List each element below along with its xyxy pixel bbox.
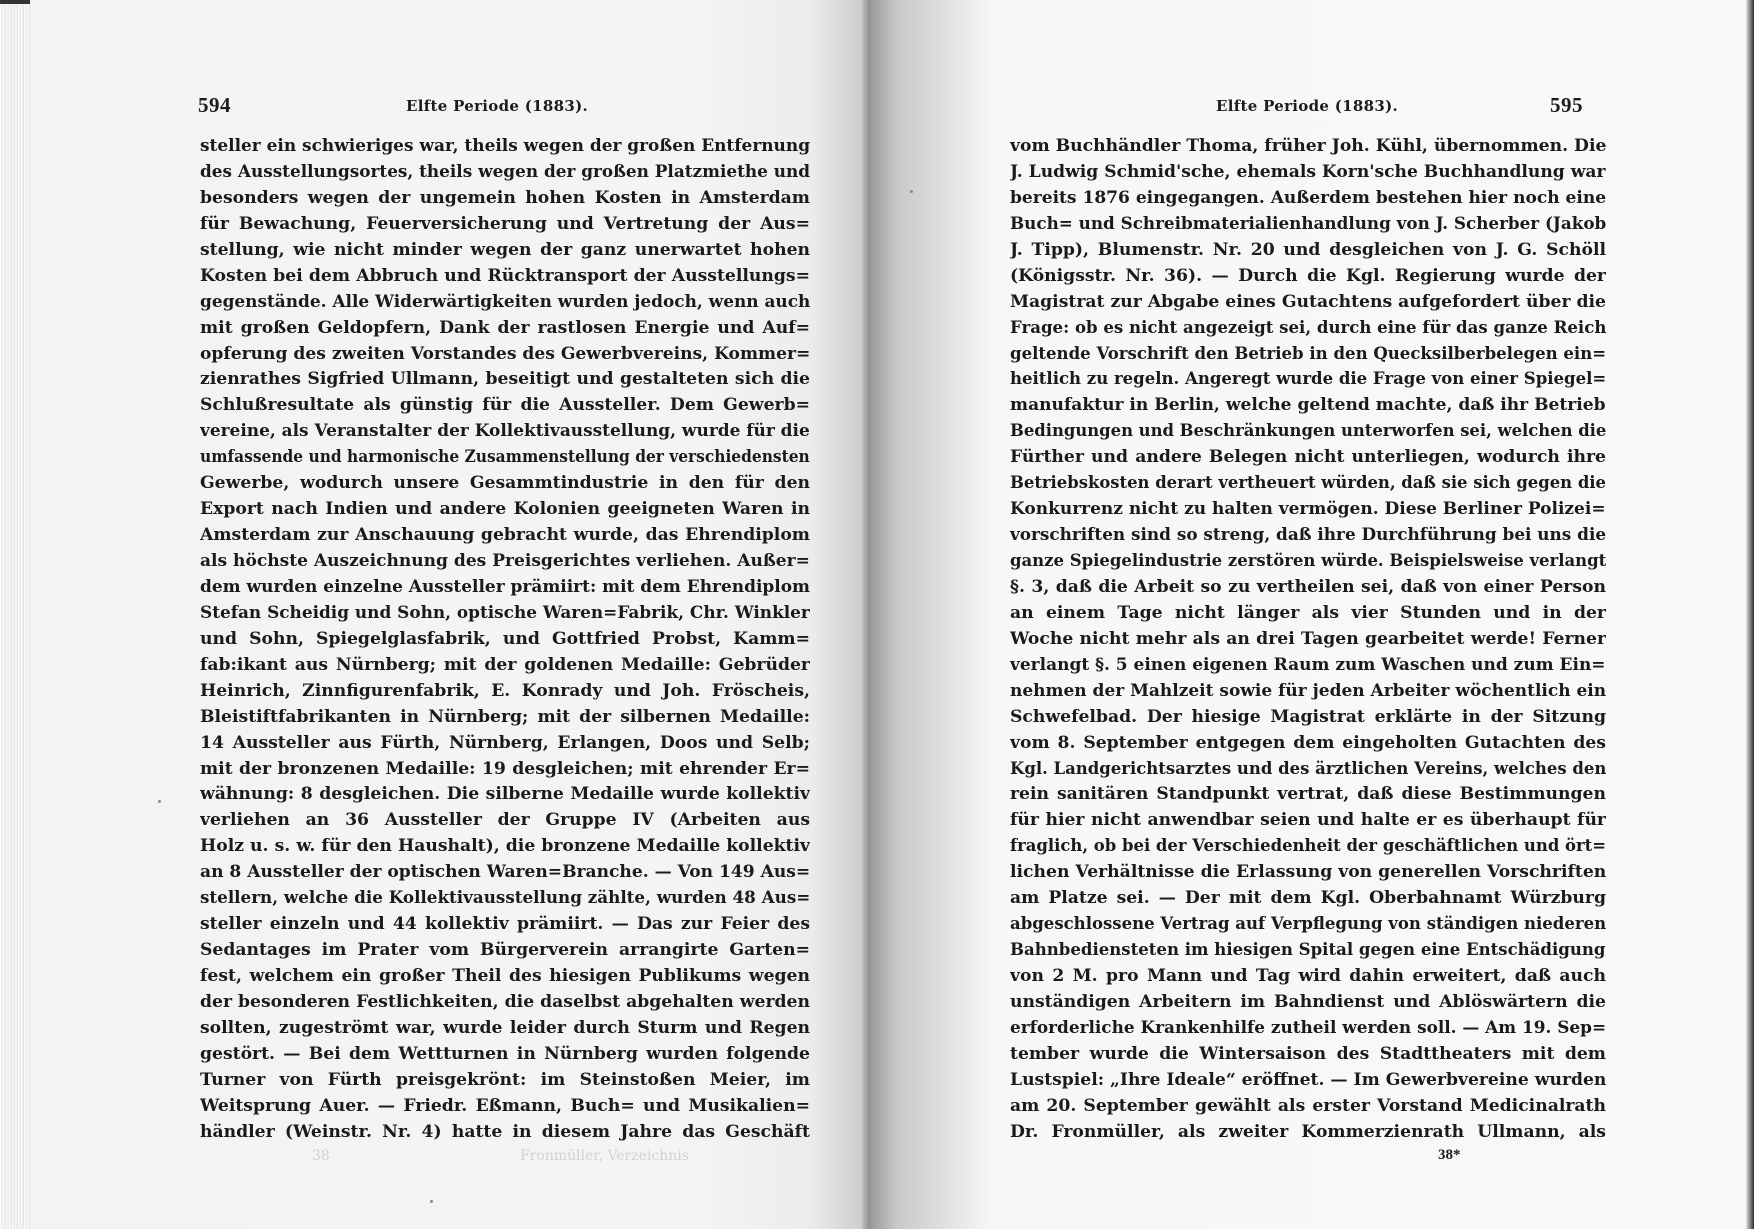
left-running-head: Elfte Periode (1883). [406,96,588,115]
text-line: vom 8. September entgegen dem eingeholte… [1010,731,1606,757]
text-line: Heinrich, Zinnfigurenfabrik, E. Konrady … [200,679,810,705]
text-line: erforderliche Krankenhilfe zutheil werde… [1010,1016,1606,1042]
text-line: Bleistiftfabrikanten in Nürnberg; mit de… [200,705,810,731]
text-line: Frage: ob es nicht angezeigt sei, durch … [1010,316,1606,342]
text-line: Dr. Fronmüller, als zweiter Kommerzienra… [1010,1120,1606,1146]
text-line: fraglich, ob bei der Verschiedenheit der… [1010,834,1606,860]
text-line: besonders wegen der ungemein hohen Koste… [200,186,810,212]
text-line: umfassende und harmonische Zusammenstell… [200,445,810,471]
text-line: vom Buchhändler Thoma, früher Joh. Kühl,… [1010,134,1606,160]
text-line: wähnung: 8 desgleichen. Die silberne Med… [200,782,810,808]
text-line: Turner von Fürth preisgekrönt: im Steins… [200,1068,810,1094]
right-running-head: Elfte Periode (1883). [1216,96,1398,115]
text-line: Holz u. s. w. für den Haushalt), die bro… [200,834,810,860]
bleed-through-mark: 38 [312,1148,330,1164]
text-line: mit der bronzenen Medaille: 19 desgleich… [200,757,810,783]
text-line: für Bewachung, Feuerversicherung und Ver… [200,212,810,238]
text-line: unständigen Arbeitern im Bahndienst und … [1010,990,1606,1016]
text-line: Lustspiel: „Ihre Ideale“ eröffnet. — Im … [1010,1068,1606,1094]
text-line: sollten, zugeströmt war, wurde leider du… [200,1016,810,1042]
text-line: Buch= und Schreibmaterialienhandlung von… [1010,212,1606,238]
paper-speck [430,1200,433,1203]
text-line: an einem Tage nicht länger als vier Stun… [1010,601,1606,627]
paper-speck [910,190,913,193]
text-line: und Sohn, Spiegelglasfabrik, und Gottfri… [200,627,810,653]
text-line: fab:ikant aus Nürnberg; mit der goldenen… [200,653,810,679]
text-line: Stefan Scheidig und Sohn, optische Waren… [200,601,810,627]
text-line: am 20. September gewählt als erster Vors… [1010,1094,1606,1120]
text-line: tember wurde die Wintersaison des Stadtt… [1010,1042,1606,1068]
text-line: Bedingungen und Beschränkungen unterworf… [1010,419,1606,445]
text-line: an 8 Aussteller der optischen Waren=Bran… [200,860,810,886]
text-line: Betriebskosten derart vertheuert würden,… [1010,471,1606,497]
text-line: lichen Verhältnisse die Erlassung von ge… [1010,860,1606,886]
bleed-through-text: Fronmüller, Verzeichnis [520,1148,689,1164]
text-line: von 2 M. pro Mann und Tag wird dahin erw… [1010,964,1606,990]
text-line: Sedantages im Prater vom Bürgerverein ar… [200,938,810,964]
text-line: 14 Aussteller aus Fürth, Nürnberg, Erlan… [200,731,810,757]
text-line: nehmen der Mahlzeit sowie für jeden Arbe… [1010,679,1606,705]
text-line: Fürther und andere Belegen nicht unterli… [1010,445,1606,471]
text-line: heitlich zu regeln. Angeregt wurde die F… [1010,367,1606,393]
text-line: (Königsstr. Nr. 36). — Durch die Kgl. Re… [1010,264,1606,290]
text-line: steller ein schwieriges war, theils wege… [200,134,810,160]
signature-mark: 38* [1438,1147,1461,1164]
text-line: gestört. — Bei dem Wettturnen in Nürnber… [200,1042,810,1068]
text-line: vereine, als Veranstalter der Kollektiva… [200,419,810,445]
text-line: als höchste Auszeichnung des Preisgerich… [200,549,810,575]
text-line: abgeschlossene Vertrag auf Verpflegung v… [1010,912,1606,938]
text-line: zienrathes Sigfried Ullmann, beseitigt u… [200,367,810,393]
text-line: Schwefelbad. Der hiesige Magistrat erklä… [1010,705,1606,731]
right-page: Elfte Periode (1883). 595 vom Buchhändle… [870,0,1746,1229]
page-stack-edge-right [1746,0,1754,1229]
text-line: §. 3, daß die Arbeit so zu vertheilen se… [1010,575,1606,601]
text-line: fest, welchem ein großer Theil des hiesi… [200,964,810,990]
text-line: Gewerbe, wodurch unsere Gesammtindustrie… [200,471,810,497]
text-line: händler (Weinstr. Nr. 4) hatte in diesem… [200,1120,810,1146]
text-line: der besonderen Festlichkeiten, die dasel… [200,990,810,1016]
text-line: J. Tipp), Blumenstr. Nr. 20 und desgleic… [1010,238,1606,264]
text-line: stellern, welche die Kollektivausstellun… [200,886,810,912]
text-line: stellung, wie nicht minder wegen der gan… [200,238,810,264]
text-line: gegenstände. Alle Widerwärtigkeiten wurd… [200,290,810,316]
text-line: geltende Vorschrift den Betrieb in den Q… [1010,342,1606,368]
text-line: vorschriften sind so streng, daß ihre Du… [1010,523,1606,549]
text-line: manufaktur in Berlin, welche geltend mac… [1010,393,1606,419]
text-line: Weitsprung Auer. — Friedr. Eßmann, Buch=… [200,1094,810,1120]
text-line: Kgl. Landgerichtsarztes und des ärztlich… [1010,757,1606,783]
text-line: für hier nicht anwendbar seien und halte… [1010,808,1606,834]
text-line: opferung des zweiten Vorstandes des Gewe… [200,342,810,368]
text-line: Kosten bei dem Abbruch und Rücktransport… [200,264,810,290]
text-line: ganze Spiegelindustrie zerstören würde. … [1010,549,1606,575]
text-line: Konkurrenz nicht zu halten vermögen. Die… [1010,497,1606,523]
text-line: Schlußresultate als günstig für die Auss… [200,393,810,419]
paper-speck [158,800,161,803]
text-line: verlangt §. 5 einen eigenen Raum zum Was… [1010,653,1606,679]
text-line: Woche nicht mehr als an drei Tagen gearb… [1010,627,1606,653]
text-line: Bahnbediensteten im hiesigen Spital gege… [1010,938,1606,964]
right-page-number: 595 [1550,93,1583,118]
page-stack-edge-left [0,0,30,1229]
text-line: Export nach Indien und andere Kolonien g… [200,497,810,523]
text-line: rein sanitären Standpunkt vertrat, daß d… [1010,782,1606,808]
text-line: verliehen an 36 Aussteller der Gruppe IV… [200,808,810,834]
text-line: am Platze sei. — Der mit dem Kgl. Oberba… [1010,886,1606,912]
book-spread: 594 Elfte Periode (1883). steller ein sc… [0,0,1754,1229]
text-line: mit großen Geldopfern, Dank der rastlose… [200,316,810,342]
text-line: Amsterdam zur Anschauung gebracht wurde,… [200,523,810,549]
text-line: bereits 1876 eingegangen. Außerdem beste… [1010,186,1606,212]
text-line: J. Ludwig Schmid'sche, ehemals Korn'sche… [1010,160,1606,186]
left-page: 594 Elfte Periode (1883). steller ein sc… [30,0,870,1229]
text-line: Magistrat zur Abgabe eines Gutachtens au… [1010,290,1606,316]
text-line: steller einzeln und 44 kollektiv prämiir… [200,912,810,938]
right-body-text: vom Buchhändler Thoma, früher Joh. Kühl,… [1010,134,1606,1146]
left-body-text: steller ein schwieriges war, theils wege… [200,134,810,1146]
text-line: dem wurden einzelne Aussteller prämiirt:… [200,575,810,601]
text-line: des Ausstellungsortes, theils wegen der … [200,160,810,186]
left-page-number: 594 [198,93,231,118]
